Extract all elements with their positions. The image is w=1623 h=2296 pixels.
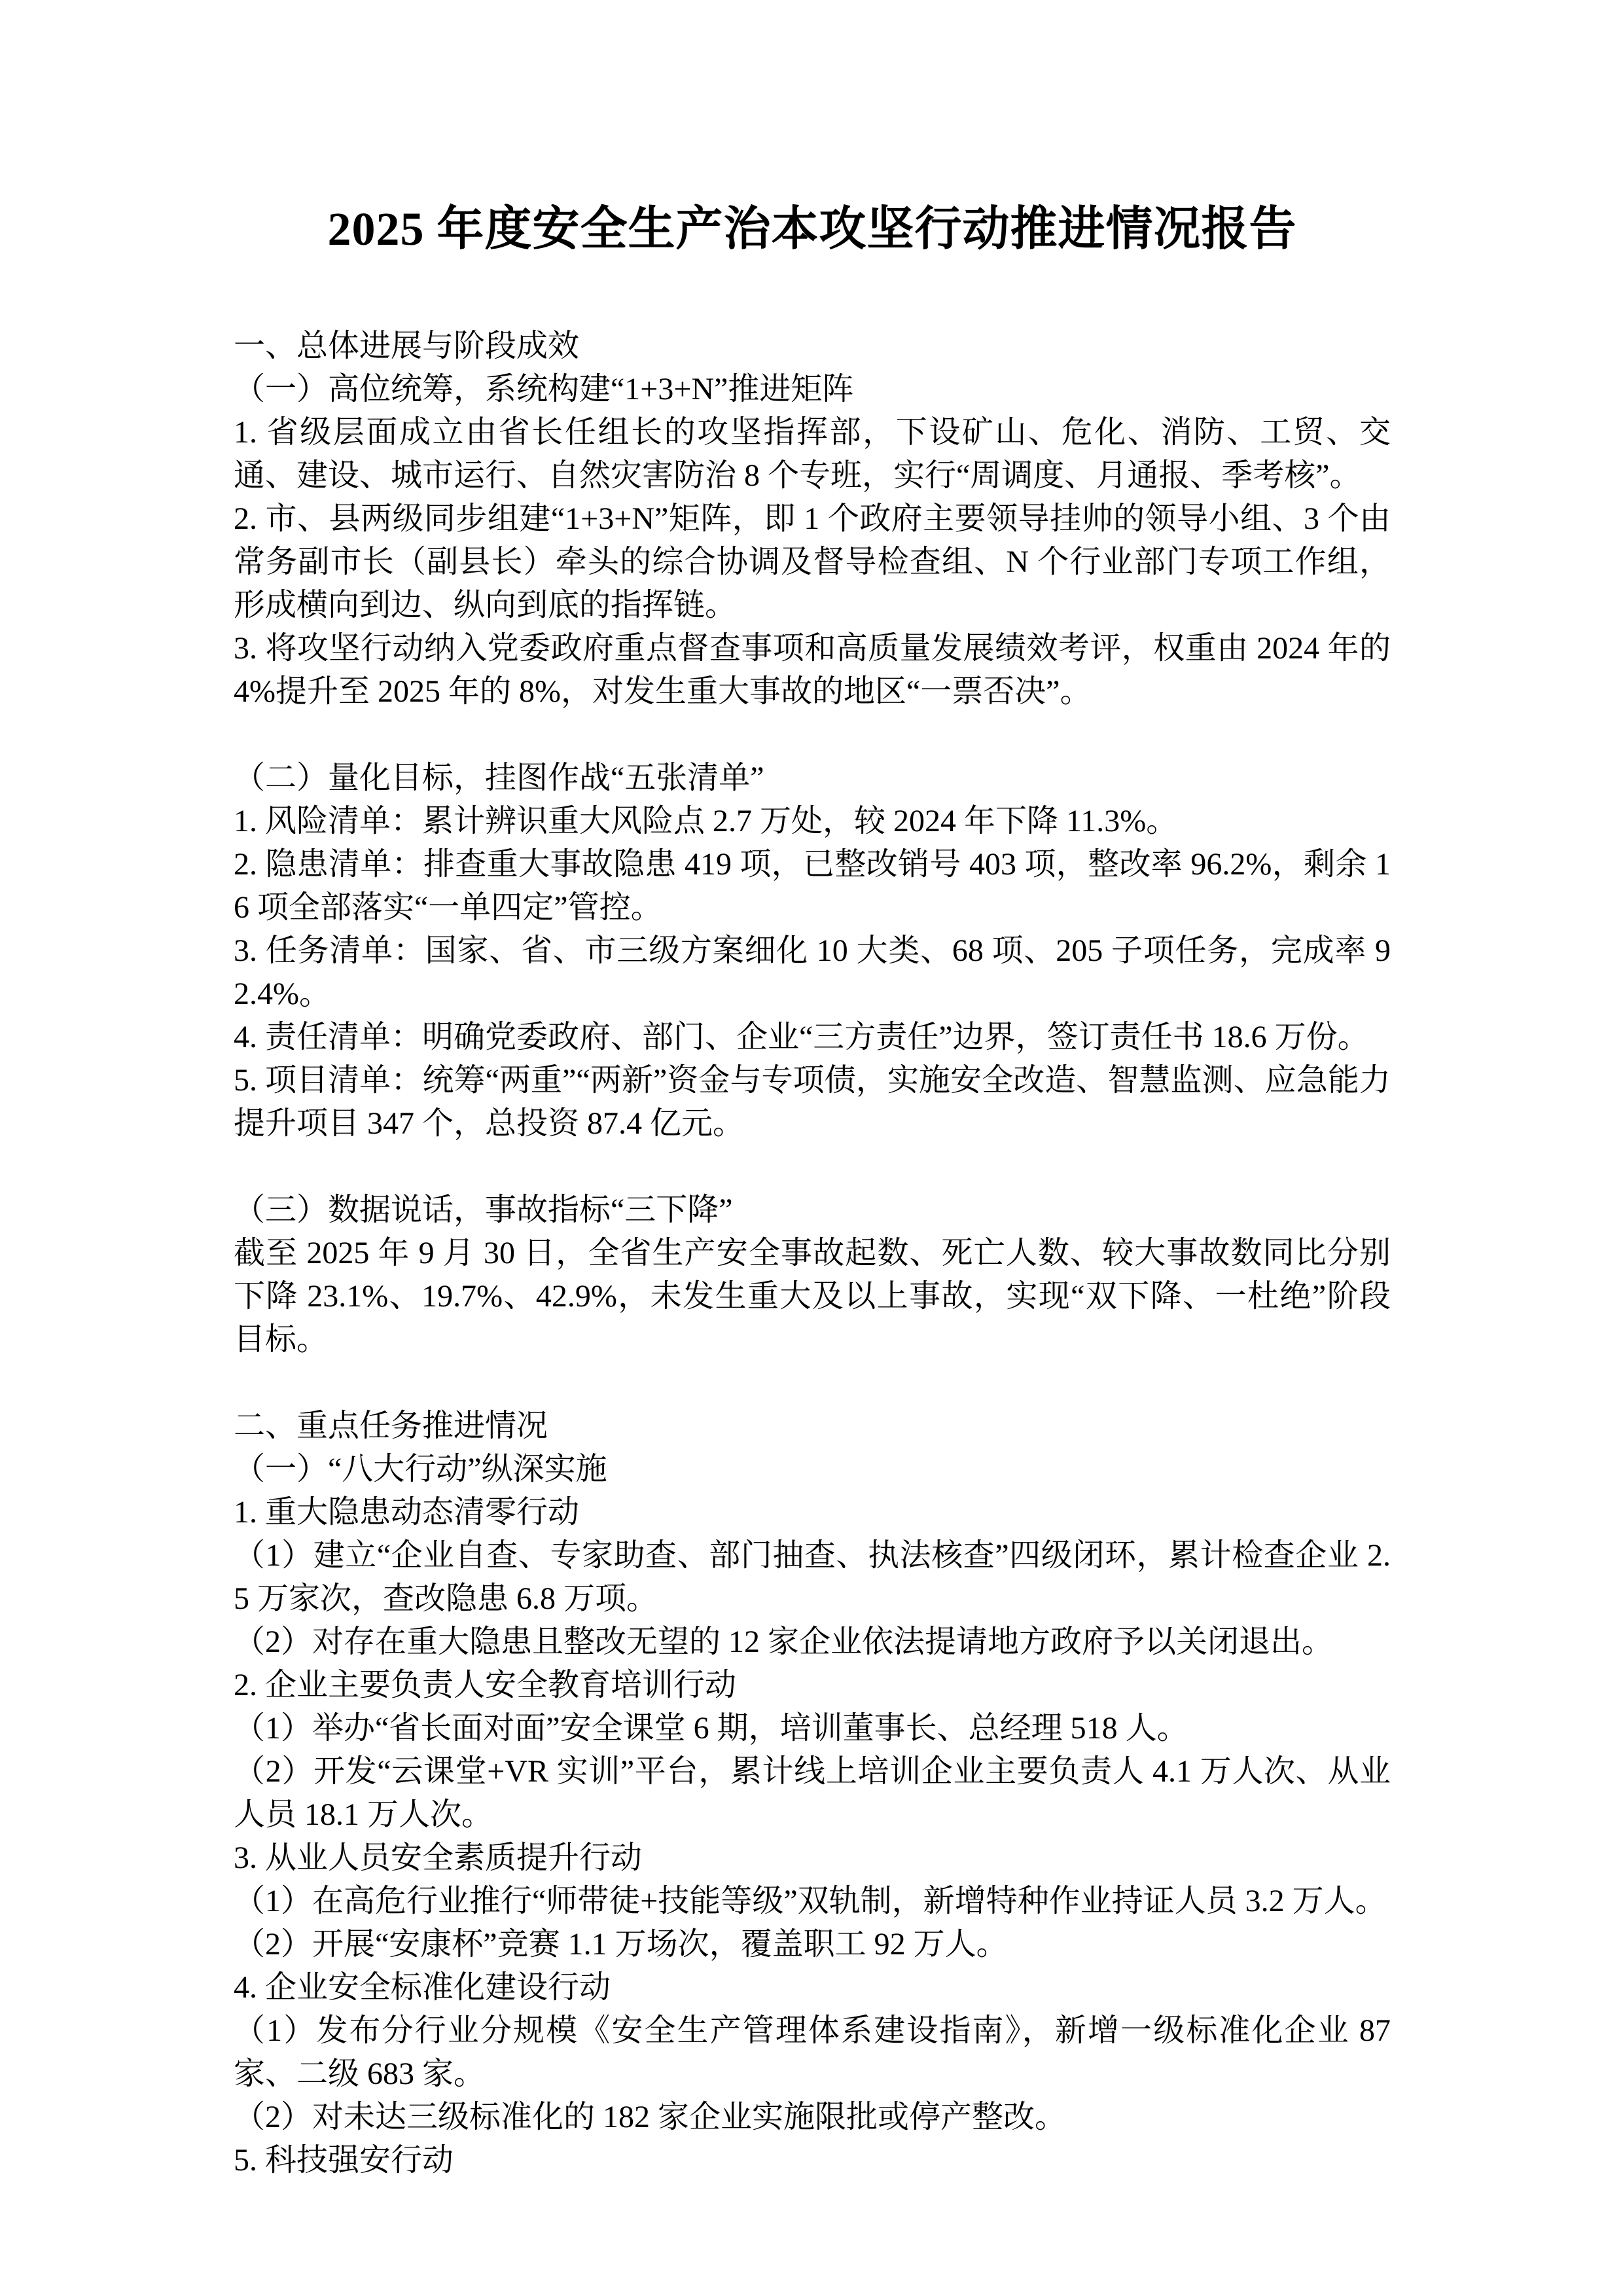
document-body: 2025 年度安全生产治本攻坚行动推进情况报告 一、总体进展与阶段成效（一）高位… xyxy=(234,196,1391,2182)
paragraph: （2）对未达三级标准化的 182 家企业实施限批或停产整改。 xyxy=(234,2096,1391,2139)
blank-line xyxy=(234,1361,1391,1405)
paragraph-list: 一、总体进展与阶段成效（一）高位统筹，系统构建“1+3+N”推进矩阵1. 省级层… xyxy=(234,325,1391,2182)
paragraph: （一）高位统筹，系统构建“1+3+N”推进矩阵 xyxy=(234,368,1391,411)
paragraph: 2. 企业主要负责人安全教育培训行动 xyxy=(234,1664,1391,1707)
paragraph: 1. 风险清单：累计辨识重大风险点 2.7 万处，较 2024 年下降 11.3… xyxy=(234,800,1391,843)
paragraph: （2）对存在重大隐患且整改无望的 12 家企业依法提请地方政府予以关闭退出。 xyxy=(234,1621,1391,1664)
paragraph: 截至 2025 年 9 月 30 日，全省生产安全事故起数、死亡人数、较大事故数… xyxy=(234,1232,1391,1361)
paragraph: 2. 隐患清单：排查重大事故隐患 419 项，已整改销号 403 项，整改率 9… xyxy=(234,843,1391,929)
paragraph: 二、重点任务推进情况 xyxy=(234,1405,1391,1448)
paragraph: （2）开展“安康杯”竞赛 1.1 万场次，覆盖职工 92 万人。 xyxy=(234,1923,1391,1966)
paragraph: （三）数据说话，事故指标“三下降” xyxy=(234,1189,1391,1232)
paragraph: 1. 重大隐患动态清零行动 xyxy=(234,1491,1391,1534)
paragraph: （1）在高危行业推行“师带徒+技能等级”双轨制，新增特种作业持证人员 3.2 万… xyxy=(234,1880,1391,1923)
paragraph: （二）量化目标，挂图作战“五张清单” xyxy=(234,757,1391,800)
paragraph: （1）举办“省长面对面”安全课堂 6 期，培训董事长、总经理 518 人。 xyxy=(234,1707,1391,1750)
paragraph: 3. 将攻坚行动纳入党委政府重点督查事项和高质量发展绩效考评，权重由 2024 … xyxy=(234,627,1391,713)
paragraph: 5. 科技强安行动 xyxy=(234,2139,1391,2182)
paragraph: 一、总体进展与阶段成效 xyxy=(234,325,1391,368)
paragraph: （1）发布分行业分规模《安全生产管理体系建设指南》，新增一级标准化企业 87 家… xyxy=(234,2009,1391,2096)
paragraph: 1. 省级层面成立由省长任组长的攻坚指挥部，下设矿山、危化、消防、工贸、交通、建… xyxy=(234,411,1391,497)
paragraph: 4. 企业安全标准化建设行动 xyxy=(234,1966,1391,2009)
document-title: 2025 年度安全生产治本攻坚行动推进情况报告 xyxy=(234,196,1391,262)
paragraph: 4. 责任清单：明确党委政府、部门、企业“三方责任”边界，签订责任书 18.6 … xyxy=(234,1016,1391,1059)
paragraph: 3. 任务清单：国家、省、市三级方案细化 10 大类、68 项、205 子项任务… xyxy=(234,929,1391,1016)
paragraph: （一）“八大行动”纵深实施 xyxy=(234,1448,1391,1491)
paragraph: （1）建立“企业自查、专家助查、部门抽查、执法核查”四级闭环，累计检查企业 2.… xyxy=(234,1534,1391,1621)
paragraph: （2）开发“云课堂+VR 实训”平台，累计线上培训企业主要负责人 4.1 万人次… xyxy=(234,1750,1391,1837)
paragraph: 3. 从业人员安全素质提升行动 xyxy=(234,1837,1391,1880)
paragraph: 5. 项目清单：统筹“两重”“两新”资金与专项债，实施安全改造、智慧监测、应急能… xyxy=(234,1059,1391,1145)
paragraph: 2. 市、县两级同步组建“1+3+N”矩阵，即 1 个政府主要领导挂帅的领导小组… xyxy=(234,497,1391,627)
blank-line xyxy=(234,713,1391,757)
document-page: 2025 年度安全生产治本攻坚行动推进情况报告 一、总体进展与阶段成效（一）高位… xyxy=(0,0,1623,2296)
blank-line xyxy=(234,1145,1391,1189)
